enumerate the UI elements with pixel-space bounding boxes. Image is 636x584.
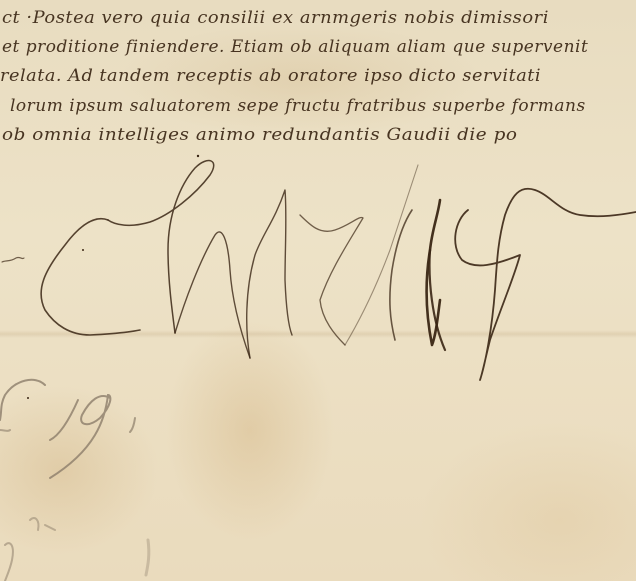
manuscript-page: ct ·Postea vero quia consilii ex arnmger… bbox=[0, 0, 636, 584]
pencil-notes bbox=[0, 0, 636, 584]
